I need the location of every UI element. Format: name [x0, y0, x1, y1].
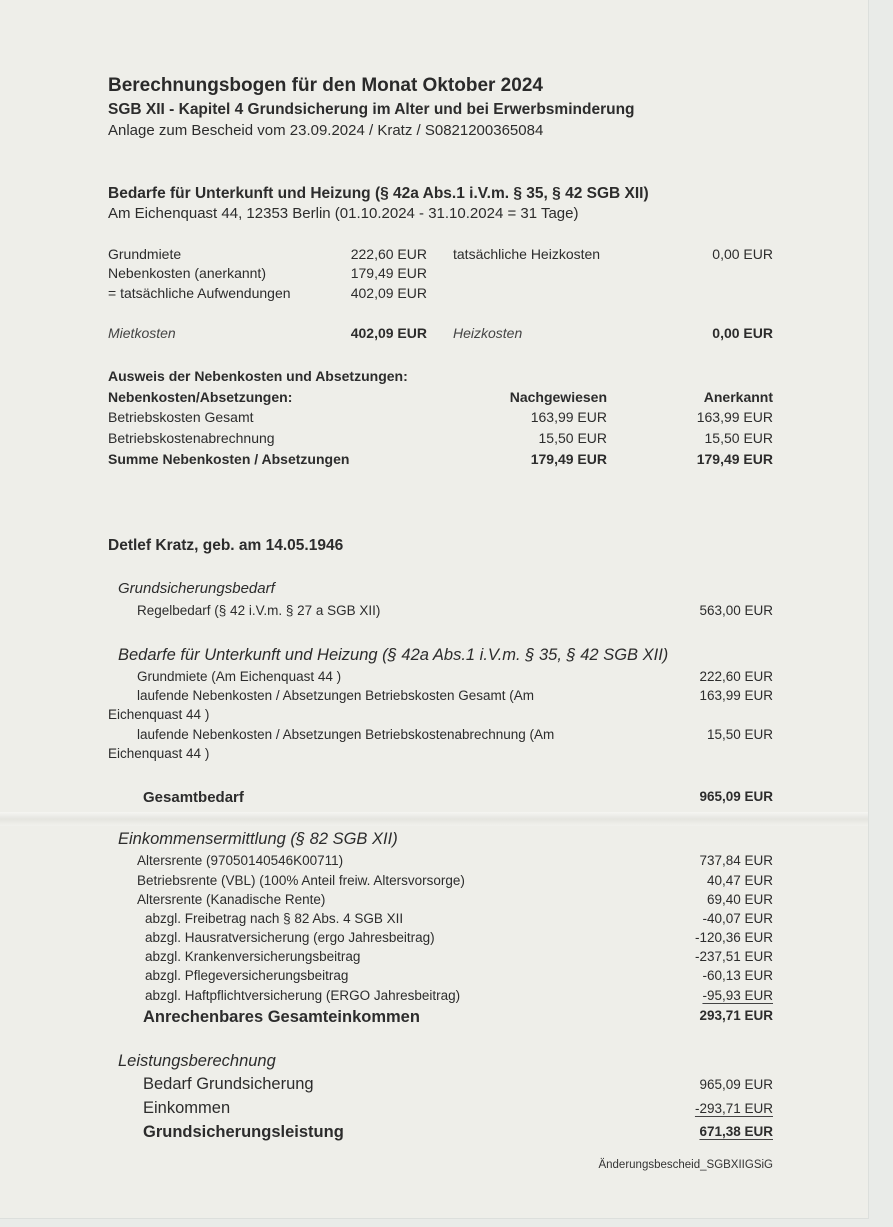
total-need-value: 965,09 EUR	[573, 789, 773, 804]
document-title: Berechnungsbogen für den Monat Oktober 2…	[108, 75, 543, 97]
ancillary-col-header: Nebenkosten/Absetzungen:	[108, 389, 292, 405]
rent-costs-label: Mietkosten	[108, 325, 176, 341]
document-annex-line: Anlage zum Bescheid vom 23.09.2024 / Kra…	[108, 122, 543, 139]
income-deduction-value: -95,93 EUR	[573, 988, 773, 1003]
income-row-label: Altersrente (97050140546K00711)	[137, 853, 343, 868]
income-deduction-label: abzgl. Hausratversicherung (ergo Jahresb…	[145, 930, 435, 945]
income-total-label: Anrechenbares Gesamteinkommen	[143, 1008, 420, 1027]
income-deduction-label: abzgl. Freibetrag nach § 82 Abs. 4 SGB X…	[145, 911, 403, 926]
income-deduction-label: abzgl. Pflegeversicherungsbeitrag	[145, 968, 348, 983]
document-subtitle: SGB XII - Kapitel 4 Grundsicherung im Al…	[108, 101, 635, 119]
ancillary-row-label: Betriebskostenabrechnung	[108, 430, 275, 446]
income-deduction-label: abzgl. Haftpflichtversicherung (ERGO Jah…	[145, 988, 460, 1003]
ancillary-row-recognized: 163,99 EUR	[573, 409, 773, 425]
income-total-value: 293,71 EUR	[573, 1008, 773, 1023]
basic-need-row-label: Regelbedarf (§ 42 i.V.m. § 27 a SGB XII)	[137, 603, 380, 618]
ancillary-total-label: Summe Nebenkosten / Absetzungen	[108, 451, 349, 467]
income-deduction-amount: -95,93 EUR	[702, 988, 773, 1003]
benefit-total-label: Grundsicherungsleistung	[143, 1123, 344, 1142]
income-row-label: Betriebsrente (VBL) (100% Anteil freiw. …	[137, 873, 465, 888]
housing-need-row-label: laufende Nebenkosten / Absetzungen Betri…	[137, 727, 554, 742]
housing-need-row-value: 15,50 EUR	[573, 727, 773, 742]
benefit-income-amount: -293,71 EUR	[695, 1101, 773, 1116]
ancillary-total-recognized: 179,49 EUR	[573, 451, 773, 467]
ancillary-row-label: Betriebskosten Gesamt	[108, 409, 254, 425]
housing-need-row-label: Grundmiete (Am Eichenquast 44 )	[137, 669, 341, 684]
ancillary-heading: Ausweis der Nebenkosten und Absetzungen:	[108, 368, 408, 384]
benefit-heading: Leistungsberechnung	[118, 1052, 276, 1071]
income-deduction-value: -60,13 EUR	[573, 968, 773, 983]
ancillary-row-recognized: 15,50 EUR	[573, 430, 773, 446]
housing-row-value: 402,09 EUR	[227, 285, 427, 301]
housing-need-row-value: 222,60 EUR	[573, 669, 773, 684]
income-deduction-value: -40,07 EUR	[573, 911, 773, 926]
rent-costs-value: 402,09 EUR	[227, 325, 427, 341]
income-row-label: Altersrente (Kanadische Rente)	[137, 892, 325, 907]
housing-heading: Bedarfe für Unterkunft und Heizung (§ 42…	[108, 185, 649, 203]
person-heading: Detlef Kratz, geb. am 14.05.1946	[108, 537, 343, 555]
housing-need-row-label-cont: Eichenquast 44 )	[108, 746, 209, 761]
income-heading: Einkommensermittlung (§ 82 SGB XII)	[118, 830, 398, 849]
benefit-total-value: 671,38 EUR	[573, 1124, 773, 1139]
housing-row-value: 222,60 EUR	[227, 246, 427, 262]
heating-costs-label: Heizkosten	[453, 325, 522, 341]
basic-need-heading: Grundsicherungsbedarf	[118, 580, 275, 597]
income-deduction-value: -120,36 EUR	[573, 930, 773, 945]
housing-need-row-label-cont: Eichenquast 44 )	[108, 707, 209, 722]
housing-need-row-value: 163,99 EUR	[573, 688, 773, 703]
income-row-value: 69,40 EUR	[573, 892, 773, 907]
income-row-value: 40,47 EUR	[573, 873, 773, 888]
heating-actual-value: 0,00 EUR	[573, 246, 773, 262]
housing-row-label: Grundmiete	[108, 246, 181, 262]
housing-need-heading: Bedarfe für Unterkunft und Heizung (§ 42…	[118, 646, 668, 665]
heating-costs-value: 0,00 EUR	[573, 325, 773, 341]
basic-need-row-value: 563,00 EUR	[573, 603, 773, 618]
benefit-row-value: 965,09 EUR	[573, 1077, 773, 1092]
total-need-label: Gesamtbedarf	[143, 789, 244, 806]
income-deduction-value: -237,51 EUR	[573, 949, 773, 964]
benefit-total-amount: 671,38 EUR	[699, 1124, 773, 1139]
benefit-row-label: Bedarf Grundsicherung	[143, 1075, 314, 1094]
benefit-row-value: -293,71 EUR	[573, 1101, 773, 1116]
form-identifier: Änderungsbescheid_SGBXIIGSiG	[473, 1159, 773, 1171]
housing-need-row-label: laufende Nebenkosten / Absetzungen Betri…	[137, 688, 534, 703]
paper-fold	[0, 812, 868, 826]
income-deduction-label: abzgl. Krankenversicherungsbeitrag	[145, 949, 360, 964]
housing-row-value: 179,49 EUR	[227, 265, 427, 281]
benefit-row-label: Einkommen	[143, 1099, 230, 1118]
ancillary-col-header: Anerkannt	[573, 389, 773, 405]
housing-address: Am Eichenquast 44, 12353 Berlin (01.10.2…	[108, 205, 578, 222]
income-row-value: 737,84 EUR	[573, 853, 773, 868]
